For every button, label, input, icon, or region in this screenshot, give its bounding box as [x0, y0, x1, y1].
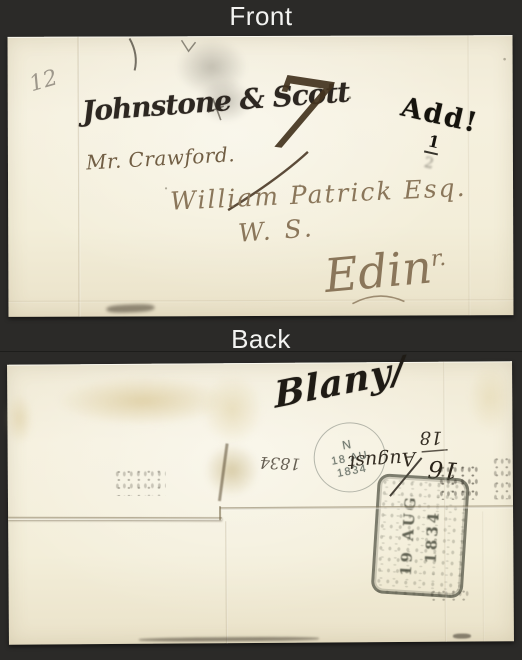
boxed-datestamp-line2: 1834 — [422, 509, 443, 564]
fold-crease — [468, 35, 471, 315]
address-city-superscript: r. — [430, 246, 447, 272]
edge-smudge — [139, 637, 319, 642]
handstamp-numerator: 1 — [424, 131, 443, 156]
inverted-docket-year: 1834 — [259, 454, 300, 472]
front-photo: 12 Johnstone & Scott Mr. Crawford. 7 Add… — [0, 33, 522, 320]
boxed-datestamp-text: 19 AUG 1834 — [361, 489, 480, 582]
front-label-band: Front — [0, 0, 522, 33]
cover-scan-page: Front 12 Johnstone & Scott — [0, 0, 522, 660]
address-city-text: Edin — [322, 239, 434, 303]
front-label: Front — [229, 1, 292, 32]
manuscript-docket: Blany/ — [273, 351, 406, 414]
recipient-note: Mr. Crawford. — [85, 144, 235, 172]
ink-speckles — [429, 588, 471, 602]
additional-half-handstamp: Add! 1 2 — [389, 92, 482, 181]
ink-speckles — [492, 455, 516, 499]
address-city: Edinr. — [322, 242, 448, 299]
inverted-docket-month: August — [347, 448, 416, 471]
back-label-band: Back — [0, 320, 522, 358]
ink-speckles — [114, 468, 166, 496]
paper-stain — [5, 393, 33, 445]
paper-stain — [201, 373, 264, 445]
paper-stain — [467, 361, 514, 433]
back-photo: Blany/ N 18 AU 1834 18 August 1834 16 19… — [0, 358, 522, 660]
inverted-docket-day: 18 — [419, 428, 442, 446]
flap-step — [219, 506, 221, 520]
address-designation: W. S. — [237, 215, 315, 246]
seal-impression — [202, 441, 262, 499]
front-letter-paper: 12 Johnstone & Scott Mr. Crawford. 7 Add… — [8, 35, 514, 317]
pencil-number: 12 — [27, 67, 60, 96]
rate-numeral: 7 — [259, 62, 337, 171]
address-name: William Patrick Esq. — [170, 175, 467, 214]
fold-crease — [482, 511, 485, 641]
fold-crease — [78, 37, 81, 317]
fold-crease — [8, 299, 513, 303]
edge-smudge — [453, 634, 471, 639]
ink-smudge — [106, 304, 154, 314]
back-letter-paper: Blany/ N 18 AU 1834 18 August 1834 16 19… — [7, 361, 514, 645]
fold-crease — [225, 521, 228, 643]
back-label: Back — [231, 324, 291, 355]
flap-edge — [8, 517, 222, 520]
